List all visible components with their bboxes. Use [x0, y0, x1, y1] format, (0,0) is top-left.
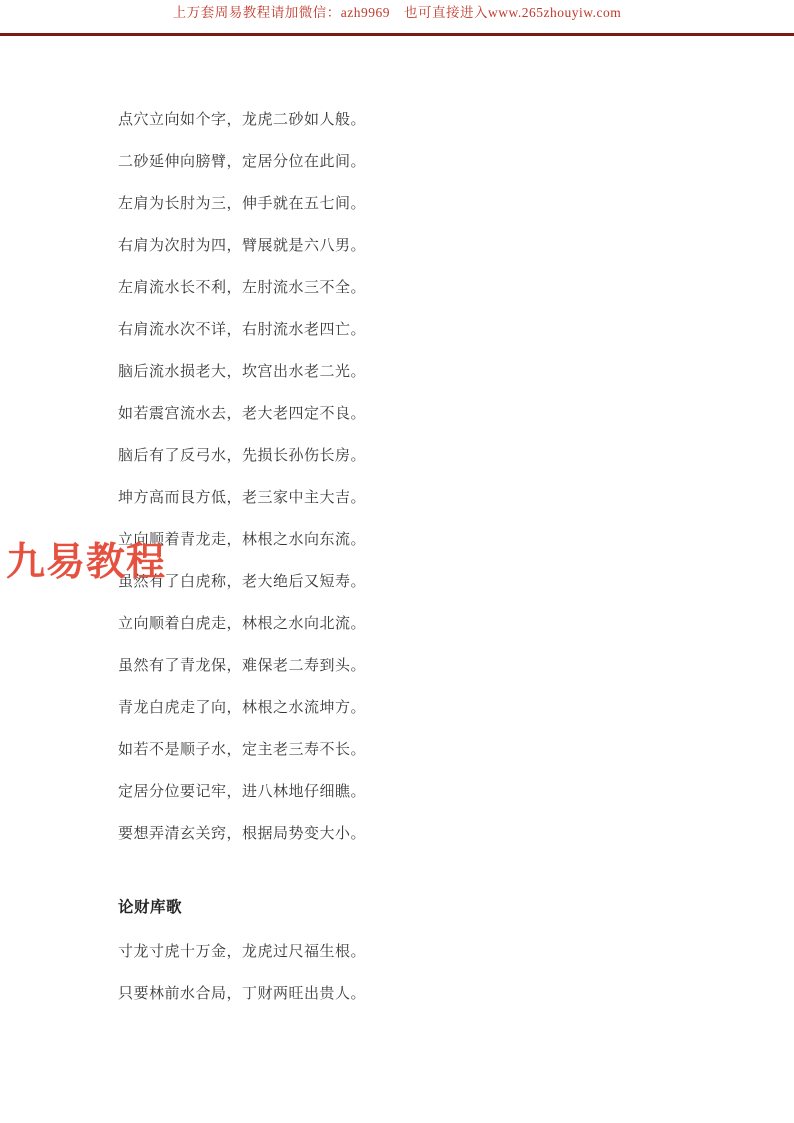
- verse-line: 点穴立向如个字，龙虎二砂如人般。: [118, 99, 366, 141]
- verse-line: 青龙白虎走了向，林根之水流坤方。: [118, 687, 366, 729]
- verse-line: 右肩流水次不详，右肘流水老四亡。: [118, 309, 366, 351]
- watermark-logo: 九易教程: [6, 540, 166, 586]
- verse-line: 坤方高而艮方低，老三家中主大吉。: [118, 477, 366, 519]
- verse-line: 二砂延伸向膀臂，定居分位在此间。: [118, 141, 366, 183]
- verse-line: 要想弄清玄关窍，根据局势变大小。: [118, 813, 366, 855]
- verse-line: 定居分位要记牢，进八林地仔细瞧。: [118, 771, 366, 813]
- verse-line: 右肩为次肘为四，臂展就是六八男。: [118, 225, 366, 267]
- verse-line: 只要林前水合局，丁财两旺出贵人。: [118, 973, 366, 1015]
- verse-line: 脑后流水损老大，坎宫出水老二光。: [118, 351, 366, 393]
- document-page: 上万套周易教程请加微信：azh9969 也可直接进入www.265zhouyiw…: [0, 0, 794, 1123]
- header-rule: [0, 33, 794, 36]
- verse-line: 立向顺着白虎走，林根之水向北流。: [118, 603, 366, 645]
- verse-line: 脑后有了反弓水，先损长孙伤长房。: [118, 435, 366, 477]
- verse-line: 左肩流水长不利，左肘流水三不全。: [118, 267, 366, 309]
- verse-line: 虽然有了青龙保，难保老二寿到头。: [118, 645, 366, 687]
- verse-block-2: 寸龙寸虎十万金，龙虎过尺福生根。只要林前水合局，丁财两旺出贵人。: [118, 931, 366, 1015]
- verse-line: 如若不是顺子水，定主老三寿不长。: [118, 729, 366, 771]
- section-heading: 论财库歌: [118, 893, 182, 923]
- verse-block-1: 点穴立向如个字，龙虎二砂如人般。二砂延伸向膀臂，定居分位在此间。左肩为长肘为三，…: [118, 99, 366, 855]
- promo-header-text: 上万套周易教程请加微信：azh9969 也可直接进入www.265zhouyiw…: [0, 4, 794, 22]
- verse-line: 左肩为长肘为三，伸手就在五七间。: [118, 183, 366, 225]
- verse-line: 寸龙寸虎十万金，龙虎过尺福生根。: [118, 931, 366, 973]
- verse-line: 如若震宫流水去，老大老四定不良。: [118, 393, 366, 435]
